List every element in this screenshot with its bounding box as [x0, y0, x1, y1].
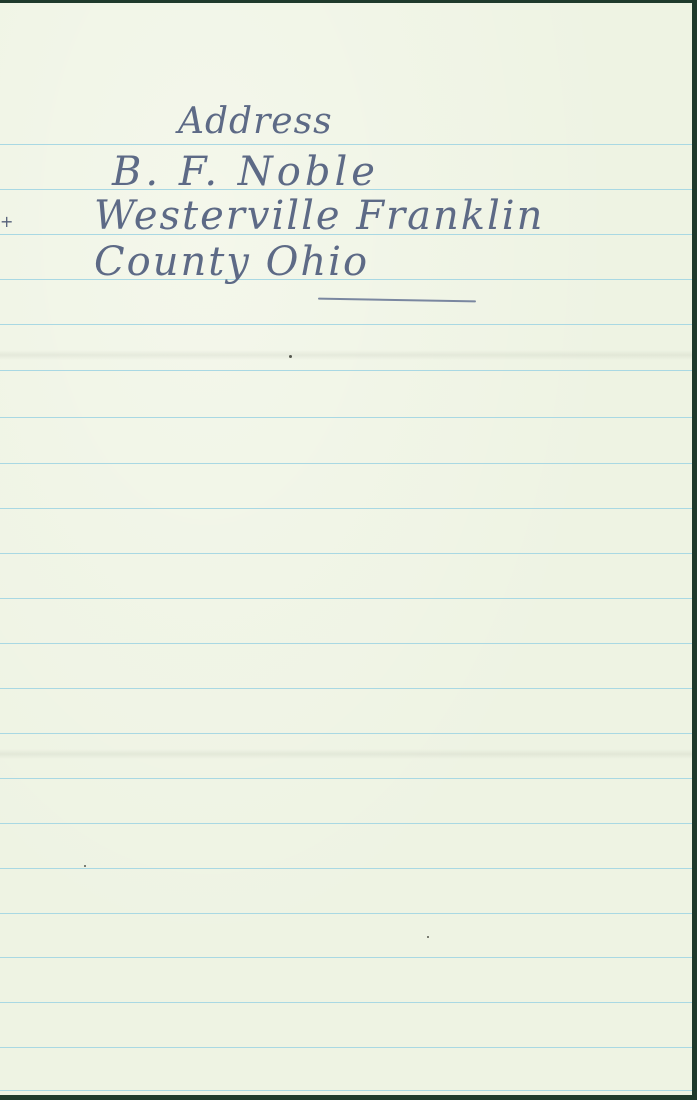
ink-speck — [289, 355, 292, 358]
rule-line — [0, 733, 692, 734]
letter-page: Address B. F. Noble Westerville Franklin… — [0, 3, 692, 1095]
rule-line — [0, 324, 692, 325]
handwritten-county: County Ohio — [94, 239, 369, 285]
fold-crease — [0, 749, 692, 759]
rule-line — [0, 778, 692, 779]
rule-line — [0, 688, 692, 689]
rule-line — [0, 868, 692, 869]
ink-speck — [427, 936, 429, 938]
rule-line — [0, 823, 692, 824]
rule-line — [0, 417, 692, 418]
rule-line — [0, 463, 692, 464]
rule-line — [0, 553, 692, 554]
handwritten-town: Westerville Franklin — [94, 193, 544, 239]
rule-line — [0, 1002, 692, 1003]
handwritten-name: B. F. Noble — [112, 149, 379, 195]
margin-mark: + — [0, 212, 13, 231]
rule-line — [0, 370, 692, 371]
rule-line — [0, 957, 692, 958]
rule-line — [0, 508, 692, 509]
rule-line — [0, 144, 692, 145]
rule-line — [0, 643, 692, 644]
flourish-underline — [318, 298, 476, 302]
fold-crease — [0, 350, 692, 360]
rule-line — [0, 1090, 692, 1091]
rule-line — [0, 913, 692, 914]
ink-speck — [84, 865, 86, 867]
handwritten-heading: Address — [178, 101, 333, 142]
rule-line — [0, 1047, 692, 1048]
rule-line — [0, 598, 692, 599]
